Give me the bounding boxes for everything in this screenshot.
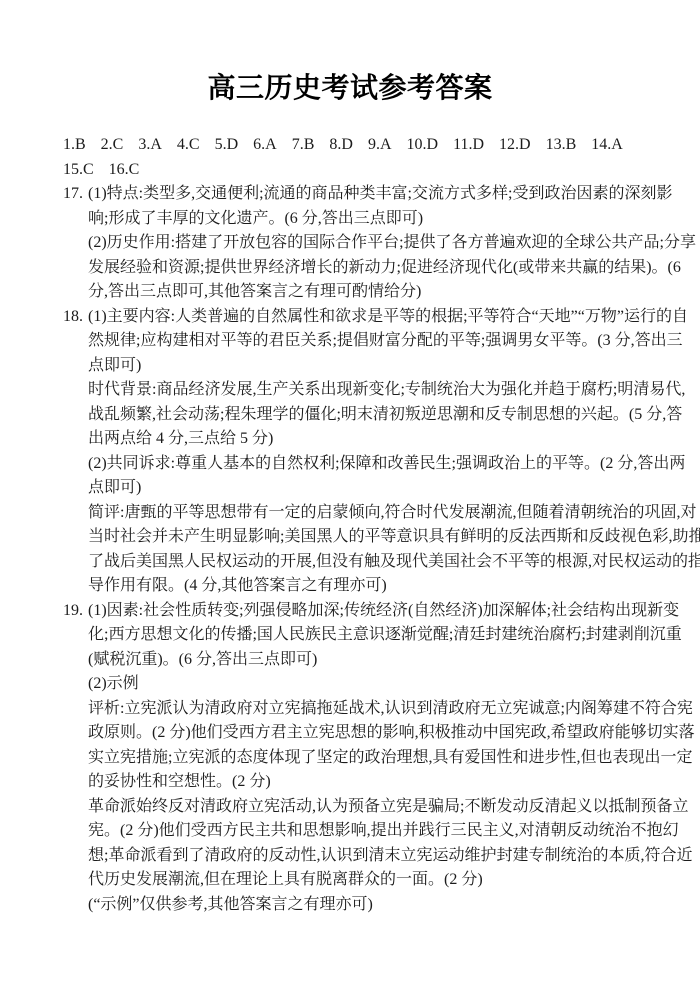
choice-answer: 6.A xyxy=(253,136,277,153)
answer-line: 当时社会并未产生明显影响;美国黑人的平等意识具有鲜明的反法西斯和反歧视色彩,助推 xyxy=(63,525,665,550)
answer-line: 的妥协性和空想性。(2 分) xyxy=(63,770,665,795)
answer-text: 出两点给 4 分,三点给 5 分) xyxy=(88,430,273,447)
choice-answers-row-1: 1.B2.C3.A4.C5.D6.A7.B8.D9.A10.D11.D12.D1… xyxy=(63,133,665,158)
answer-text: 战乱频繁,社会动荡;程朱理学的僵化;明末清初叛逆思潮和反专制思想的兴起。(5 分… xyxy=(88,406,682,423)
answer-line: 政原则。(2 分)他们受西方君主立宪思想的影响,积极推动中国宪政,希望政府能够切… xyxy=(63,721,665,746)
answer-line: 17.(1)特点:类型多,交通便利;流通的商品种类丰富;交流方式多样;受到政治因… xyxy=(63,182,665,207)
answer-text: 革命派始终反对清政府立宪活动,认为预备立宪是骗局;不断发动反清起义以抵制预备立 xyxy=(88,798,688,815)
answer-line: 宪。(2 分)他们受西方民主共和思想影响,提出并践行三民主义,对清朝反动统治不抱… xyxy=(63,819,665,844)
answer-line: 想;革命派看到了清政府的反动性,认识到清末立宪运动维护封建专制统治的本质,符合近 xyxy=(63,844,665,869)
answer-line: 化;西方思想文化的传播;国人民族民主意识逐渐觉醒;清廷封建统治腐朽;封建剥削沉重 xyxy=(63,623,665,648)
question-number: 19. xyxy=(63,599,88,624)
answer-text: 时代背景:商品经济发展,生产关系出现新变化;专制统治大为强化并趋于腐朽;明清易代… xyxy=(88,381,685,398)
answer-line: 然规律;应构建相对平等的君臣关系;提倡财富分配的平等;强调男女平等。(3 分,答… xyxy=(63,329,665,354)
answer-document: 1.B2.C3.A4.C5.D6.A7.B8.D9.A10.D11.D12.D1… xyxy=(63,133,665,917)
answer-line: (“示例”仅供参考,其他答案言之有理亦可) xyxy=(63,893,665,918)
answer-text: (2)示例 xyxy=(88,675,139,692)
answer-text: (2)历史作用:搭建了开放包容的国际合作平台;提供了各方普遍欢迎的全球公共产品;… xyxy=(88,234,696,251)
section-17: 17.(1)特点:类型多,交通便利;流通的商品种类丰富;交流方式多样;受到政治因… xyxy=(63,182,665,305)
answer-line: 代历史发展潮流,但在理论上具有脱离群众的一面。(2 分) xyxy=(63,868,665,893)
choice-answer: 4.C xyxy=(177,136,200,153)
choice-answer: 9.A xyxy=(368,136,392,153)
choice-answer: 14.A xyxy=(591,136,623,153)
answer-line: (2)示例 xyxy=(63,672,665,697)
answer-text: 的妥协性和空想性。(2 分) xyxy=(88,773,271,790)
choice-answer: 8.D xyxy=(329,136,353,153)
choice-answer: 3.A xyxy=(138,136,162,153)
answer-text: 然规律;应构建相对平等的君臣关系;提倡财富分配的平等;强调男女平等。(3 分,答… xyxy=(88,332,683,349)
answer-text: 简评:唐甄的平等思想带有一定的启蒙倾向,符合时代发展潮流,但随着清朝统治的巩固,… xyxy=(88,504,696,521)
choice-answer: 15.C xyxy=(63,161,94,178)
question-number: 18. xyxy=(63,305,88,330)
choice-answers-row-2: 15.C16.C xyxy=(63,158,665,183)
answer-text: (1)特点:类型多,交通便利;流通的商品种类丰富;交流方式多样;受到政治因素的深… xyxy=(88,185,672,202)
choice-answer: 16.C xyxy=(109,161,140,178)
answer-text: 点即可) xyxy=(88,357,141,374)
answer-text: (“示例”仅供参考,其他答案言之有理亦可) xyxy=(88,896,373,913)
answer-text: (赋税沉重)。(6 分,答出三点即可) xyxy=(88,651,317,668)
choice-answer: 11.D xyxy=(453,136,484,153)
choice-answer: 10.D xyxy=(407,136,439,153)
answer-line: 发展经验和资源;提供世界经济增长的新动力;促进经济现代化(或带来共赢的结果)。(… xyxy=(63,256,665,281)
answer-text: 宪。(2 分)他们受西方民主共和思想影响,提出并践行三民主义,对清朝反动统治不抱… xyxy=(88,822,679,839)
answer-line: 点即可) xyxy=(63,354,665,379)
answer-line: 革命派始终反对清政府立宪活动,认为预备立宪是骗局;不断发动反清起义以抵制预备立 xyxy=(63,795,665,820)
answer-text: (2)共同诉求:尊重人基本的自然权利;保障和改善民生;强调政治上的平等。(2 分… xyxy=(88,455,685,472)
answer-text: 实立宪措施;立宪派的态度体现了坚定的政治理想,具有爱国性和进步性,但也表现出一定 xyxy=(88,749,692,766)
answer-text: 评析:立宪派认为清政府对立宪搞拖延战术,认识到清政府无立宪诚意;内阁筹建不符合宪 xyxy=(88,700,693,717)
choice-answer: 5.D xyxy=(215,136,239,153)
section-19: 19.(1)因素:社会性质转变;列强侵略加深;传统经济(自然经济)加深解体;社会… xyxy=(63,599,665,918)
answer-text: (1)主要内容:人类普遍的自然属性和欲求是平等的根据;平等符合“天地”“万物”运… xyxy=(88,308,688,325)
answer-line: 实立宪措施;立宪派的态度体现了坚定的政治理想,具有爱国性和进步性,但也表现出一定 xyxy=(63,746,665,771)
answer-line: 了战后美国黑人民权运动的开展,但没有触及现代美国社会不平等的根源,对民权运动的指 xyxy=(63,550,665,575)
answer-text: 代历史发展潮流,但在理论上具有脱离群众的一面。(2 分) xyxy=(88,871,483,888)
answer-line: (2)共同诉求:尊重人基本的自然权利;保障和改善民生;强调政治上的平等。(2 分… xyxy=(63,452,665,477)
answer-line: 时代背景:商品经济发展,生产关系出现新变化;专制统治大为强化并趋于腐朽;明清易代… xyxy=(63,378,665,403)
section-18: 18.(1)主要内容:人类普遍的自然属性和欲求是平等的根据;平等符合“天地”“万… xyxy=(63,305,665,599)
answer-text: 化;西方思想文化的传播;国人民族民主意识逐渐觉醒;清廷封建统治腐朽;封建剥削沉重 xyxy=(88,626,682,643)
answer-sections: 17.(1)特点:类型多,交通便利;流通的商品种类丰富;交流方式多样;受到政治因… xyxy=(63,182,665,917)
answer-text: 政原则。(2 分)他们受西方君主立宪思想的影响,积极推动中国宪政,希望政府能够切… xyxy=(88,724,695,741)
answer-text: 分,答出三点即可,其他答案言之有理可酌情给分) xyxy=(88,283,421,300)
answer-line: 分,答出三点即可,其他答案言之有理可酌情给分) xyxy=(63,280,665,305)
answer-text: 当时社会并未产生明显影响;美国黑人的平等意识具有鲜明的反法西斯和反歧视色彩,助推 xyxy=(88,528,700,545)
answer-line: 19.(1)因素:社会性质转变;列强侵略加深;传统经济(自然经济)加深解体;社会… xyxy=(63,599,665,624)
answer-text: 了战后美国黑人民权运动的开展,但没有触及现代美国社会不平等的根源,对民权运动的指 xyxy=(88,553,700,570)
choice-answer: 13.B xyxy=(546,136,577,153)
answer-line: 评析:立宪派认为清政府对立宪搞拖延战术,认识到清政府无立宪诚意;内阁筹建不符合宪 xyxy=(63,697,665,722)
answer-text: 想;革命派看到了清政府的反动性,认识到清末立宪运动维护封建专制统治的本质,符合近 xyxy=(88,847,692,864)
choice-answer: 12.D xyxy=(499,136,531,153)
choice-answer: 2.C xyxy=(101,136,124,153)
page-title: 高三历史考试参考答案 xyxy=(0,66,700,106)
answer-text: 响;形成了丰厚的文化遗产。(6 分,答出三点即可) xyxy=(88,210,423,227)
answer-line: (2)历史作用:搭建了开放包容的国际合作平台;提供了各方普遍欢迎的全球公共产品;… xyxy=(63,231,665,256)
answer-line: 点即可) xyxy=(63,476,665,501)
answer-text: 点即可) xyxy=(88,479,141,496)
answer-line: (赋税沉重)。(6 分,答出三点即可) xyxy=(63,648,665,673)
answer-line: 18.(1)主要内容:人类普遍的自然属性和欲求是平等的根据;平等符合“天地”“万… xyxy=(63,305,665,330)
answer-line: 出两点给 4 分,三点给 5 分) xyxy=(63,427,665,452)
question-number: 17. xyxy=(63,182,88,207)
answer-text: 发展经验和资源;提供世界经济增长的新动力;促进经济现代化(或带来共赢的结果)。(… xyxy=(88,259,681,276)
answer-line: 导作用有限。(4 分,其他答案言之有理亦可) xyxy=(63,574,665,599)
answer-line: 简评:唐甄的平等思想带有一定的启蒙倾向,符合时代发展潮流,但随着清朝统治的巩固,… xyxy=(63,501,665,526)
choice-answer: 7.B xyxy=(292,136,315,153)
answer-line: 响;形成了丰厚的文化遗产。(6 分,答出三点即可) xyxy=(63,207,665,232)
answer-line: 战乱频繁,社会动荡;程朱理学的僵化;明末清初叛逆思潮和反专制思想的兴起。(5 分… xyxy=(63,403,665,428)
answer-text: (1)因素:社会性质转变;列强侵略加深;传统经济(自然经济)加深解体;社会结构出… xyxy=(88,602,679,619)
choice-answer: 1.B xyxy=(63,136,86,153)
answer-text: 导作用有限。(4 分,其他答案言之有理亦可) xyxy=(88,577,387,594)
